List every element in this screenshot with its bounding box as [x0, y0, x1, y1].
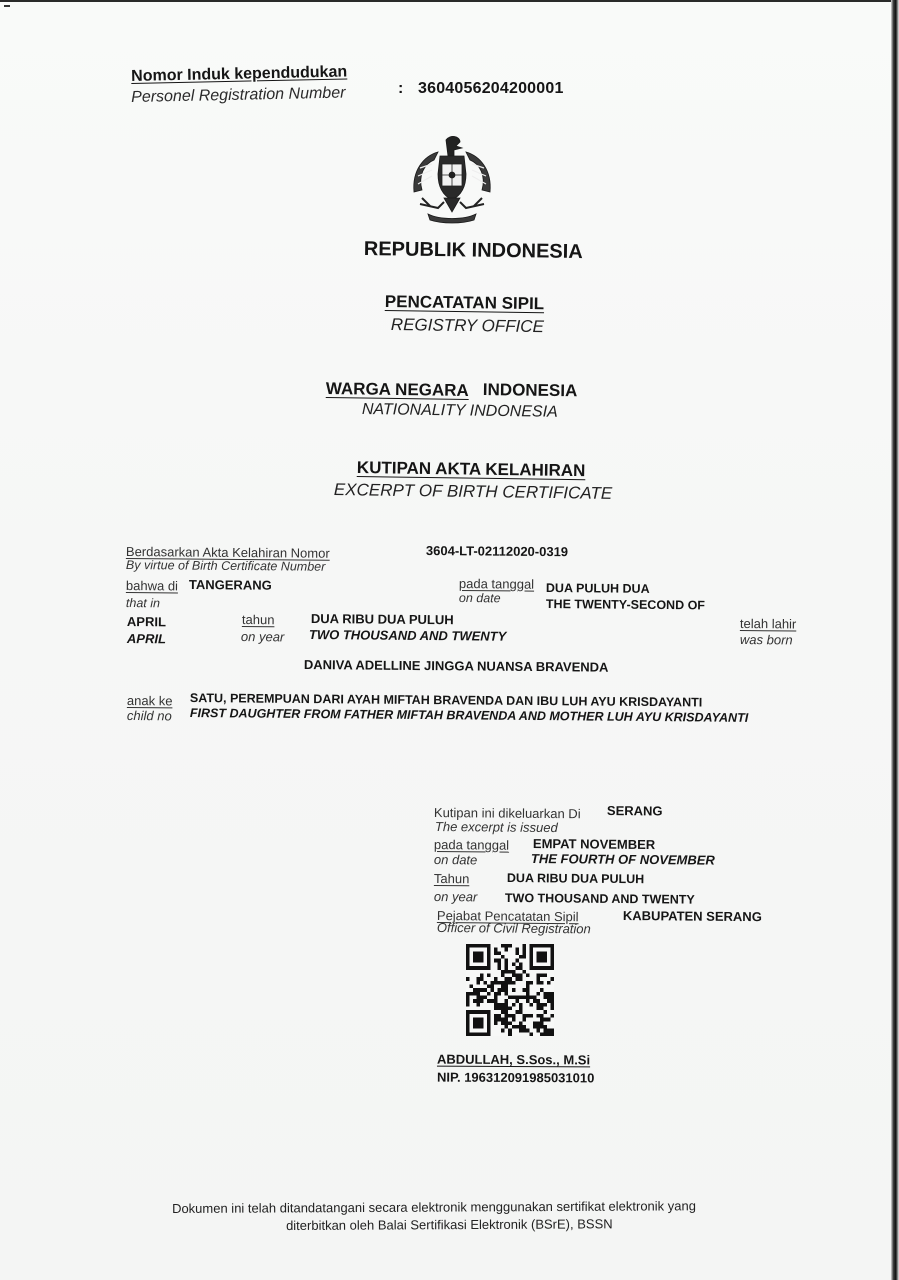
issue-date-english: THE FOURTH OF NOVEMBER: [531, 851, 715, 868]
birth-day: DUA PULUH DUA: [546, 581, 650, 596]
issue-year-english: TWO THOUSAND AND TWENTY: [505, 891, 695, 907]
footer-disclaimer-line-2: diterbitkan oleh Balai Sertifikasi Elekt…: [286, 1216, 613, 1233]
issued-place: SERANG: [607, 803, 663, 818]
cert-number-label-english: By virtue of Birth Certificate Number: [126, 558, 325, 574]
country-title: REPUBLIK INDONESIA: [364, 238, 583, 264]
signatory-name: ABDULLAH, S.Sos., M.Si: [437, 1052, 590, 1068]
nik-label: Nomor Induk kependudukan: [131, 63, 347, 86]
issue-date: EMPAT NOVEMBER: [533, 836, 655, 852]
nationality-english: NATIONALITY INDONESIA: [362, 401, 558, 422]
nik-label-english: Personel Registration Number: [131, 85, 346, 107]
registry-office-title: PENCATATAN SIPIL: [385, 292, 545, 314]
place-value: TANGERANG: [189, 577, 272, 593]
birth-year: DUA RIBU DUA PULUH: [311, 611, 454, 627]
registry-office-title-english: REGISTRY OFFICE: [391, 315, 544, 337]
issue-year-label-english: on year: [434, 889, 478, 904]
issue-date-label: pada tanggal: [434, 837, 509, 853]
issue-date-label-english: on date: [434, 852, 478, 867]
signatory-nip: NIP. 196312091985031010: [437, 1070, 594, 1086]
issued-label-english: The excerpt is issued: [435, 819, 558, 835]
birth-date-label-english: on date: [459, 591, 501, 605]
qr-code-icon: [466, 944, 554, 1036]
birth-year-english: TWO THOUSAND AND TWENTY: [309, 627, 507, 644]
birth-year-label-english: on year: [241, 629, 285, 644]
issue-year-label: Tahun: [434, 871, 470, 886]
certificate-title: KUTIPAN AKTA KELAHIRAN: [357, 458, 586, 481]
birth-date-label: pada tanggal: [459, 576, 534, 592]
born-label: telah lahir: [740, 616, 797, 631]
certificate-title-english: EXCERPT OF BIRTH CERTIFICATE: [334, 480, 613, 504]
place-label-english: that in: [126, 596, 160, 610]
nik-separator: :: [398, 80, 403, 98]
issue-year: DUA RIBU DUA PULUH: [507, 871, 644, 886]
child-name: DANIVA ADELLINE JINGGA NUANSA BRAVENDA: [304, 657, 609, 675]
nationality-label: WARGA NEGARA: [326, 379, 469, 401]
officer-region: KABUPATEN SERANG: [623, 908, 762, 924]
birth-month: APRIL: [127, 614, 166, 629]
page-edge-shadow: [891, 0, 899, 1280]
garuda-emblem-icon: [404, 130, 500, 226]
born-label-english: was born: [740, 632, 793, 647]
birth-day-english: THE TWENTY-SECOND OF: [546, 597, 705, 612]
birth-year-label: tahun: [242, 612, 275, 627]
scan-corner-mark: [4, 5, 10, 7]
birth-certificate-page: Nomor Induk kependudukan Personel Regist…: [0, 0, 891, 1280]
nik-value: 3604056204200001: [418, 80, 564, 98]
child-number-label: anak ke: [127, 693, 173, 708]
cert-number-value: 3604-LT-02112020-0319: [426, 543, 568, 559]
birth-month-english: APRIL: [127, 631, 166, 646]
footer-disclaimer-line-1: Dokumen ini telah ditandatangani secara …: [172, 1198, 696, 1216]
officer-label-english: Officer of Civil Registration: [437, 920, 591, 936]
nationality-value: INDONESIA: [483, 380, 578, 401]
child-number-label-english: child no: [127, 708, 172, 723]
place-label: bahwa di: [126, 578, 178, 593]
